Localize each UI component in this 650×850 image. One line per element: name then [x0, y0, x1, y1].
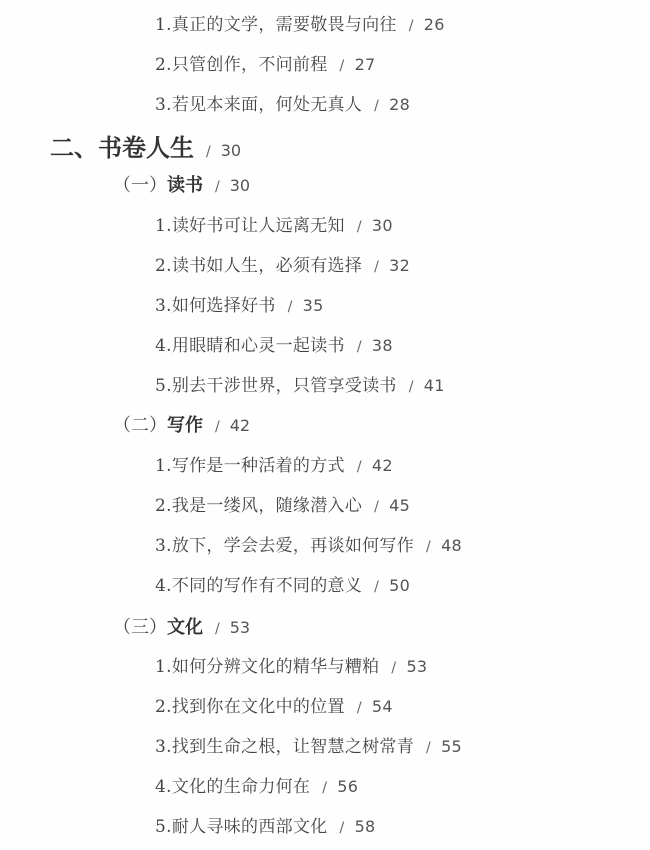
page-number: 41 [424, 376, 445, 395]
page-number: 48 [441, 536, 462, 555]
page-number: 45 [389, 496, 410, 515]
page-number: 38 [372, 336, 393, 355]
page-number: 30 [372, 216, 393, 235]
page-number: 58 [355, 817, 376, 836]
toc-chapter[interactable]: 二、书卷人生/30 [50, 128, 241, 163]
toc-item[interactable]: 2.找到你在文化中的位置/54 [155, 692, 393, 717]
toc-item[interactable]: 1.如何分辨文化的精华与糟粕/53 [155, 652, 427, 677]
page-number: 27 [355, 55, 376, 74]
page-number: 42 [372, 456, 393, 475]
toc-item[interactable]: 3.如何选择好书/35 [155, 291, 324, 316]
section-title: 文化 [167, 617, 203, 638]
toc-item[interactable]: 1.真正的文学，需要敬畏与向往/26 [155, 10, 445, 35]
page-number: 35 [303, 296, 324, 315]
page-number: 53 [230, 618, 250, 637]
toc-item[interactable]: 1.读好书可让人远离无知/30 [155, 211, 393, 236]
toc-item[interactable]: 2.我是一缕风，随缘潜入心/45 [155, 491, 410, 516]
page-number: 26 [424, 15, 445, 34]
toc-item[interactable]: 5.耐人寻味的西部文化/58 [155, 812, 376, 837]
page-number: 28 [389, 95, 410, 114]
section-title: 写作 [167, 415, 203, 436]
page-number: 55 [441, 737, 462, 756]
toc-item[interactable]: 2.读书如人生，必须有选择/32 [155, 251, 410, 276]
page-number: 50 [389, 576, 410, 595]
toc-item[interactable]: 3.放下，学会去爱，再谈如何写作/48 [155, 531, 462, 556]
page-number: 42 [230, 416, 250, 435]
page-number: 53 [406, 657, 427, 676]
page-number: 56 [337, 777, 358, 796]
toc-item[interactable]: 1.写作是一种活着的方式/42 [155, 451, 393, 476]
toc-section-culture[interactable]: （三）文化/53 [113, 613, 250, 639]
toc-item[interactable]: 4.用眼睛和心灵一起读书/38 [155, 331, 393, 356]
toc-section-reading[interactable]: （一）读书/30 [113, 171, 250, 197]
toc-item[interactable]: 2.只管创作，不问前程/27 [155, 50, 376, 75]
toc-item[interactable]: 4.文化的生命力何在/56 [155, 772, 358, 797]
toc-item[interactable]: 5.别去干涉世界，只管享受读书/41 [155, 371, 445, 396]
page-number: 32 [389, 256, 410, 275]
chapter-title: 二、书卷人生 [50, 133, 194, 162]
toc-item[interactable]: 3.找到生命之根，让智慧之树常青/55 [155, 732, 462, 757]
page-number: 54 [372, 697, 393, 716]
page-number: 30 [230, 176, 250, 195]
toc-item[interactable]: 3.若见本来面，何处无真人/28 [155, 90, 410, 115]
toc-section-writing[interactable]: （二）写作/42 [113, 411, 250, 437]
page-number: 30 [221, 141, 241, 160]
section-title: 读书 [167, 175, 203, 196]
toc-item[interactable]: 4.不同的写作有不同的意义/50 [155, 571, 410, 596]
